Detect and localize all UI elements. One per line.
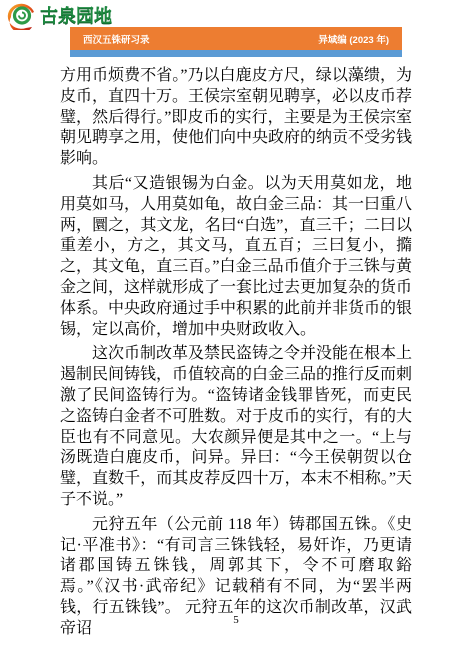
banner-right-title: 异域编 (2023 年) bbox=[318, 32, 389, 46]
header-accent-line bbox=[70, 50, 402, 57]
coin-swirl-icon bbox=[6, 2, 36, 30]
paragraph-1: 方用币烦费不省。”乃以白鹿皮方尺，绿以藻缋，为皮币，直四十万。王侯宗室朝见聘享，… bbox=[60, 66, 412, 170]
logo-text: 古泉园地 bbox=[40, 2, 112, 30]
paragraph-3: 这次币制改革及禁民盗铸之令并没能在根本上遏制民间铸钱，币值较高的白金三品的推行反… bbox=[60, 344, 412, 510]
banner-left-title: 西汉五铢研习录 bbox=[83, 32, 150, 46]
document-body: 方用币烦费不省。”乃以白鹿皮方尺，绿以藻缋，为皮币，直四十万。王侯宗室朝见聘享，… bbox=[60, 66, 412, 644]
header-banner: 西汉五铢研习录 异域编 (2023 年) bbox=[70, 27, 402, 50]
paragraph-2: 其后“又造银锡为白金。以为天用莫如龙，地用莫如马，人用莫如龟，故白金三品：其一曰… bbox=[60, 174, 412, 340]
page-footer: 5 bbox=[60, 614, 412, 626]
page-number: 5 bbox=[233, 614, 239, 626]
document-page: 古泉园地 西汉五铢研习录 异域编 (2023 年) 方用币烦费不省。”乃以白鹿皮… bbox=[0, 0, 473, 669]
site-logo: 古泉园地 bbox=[6, 2, 112, 30]
